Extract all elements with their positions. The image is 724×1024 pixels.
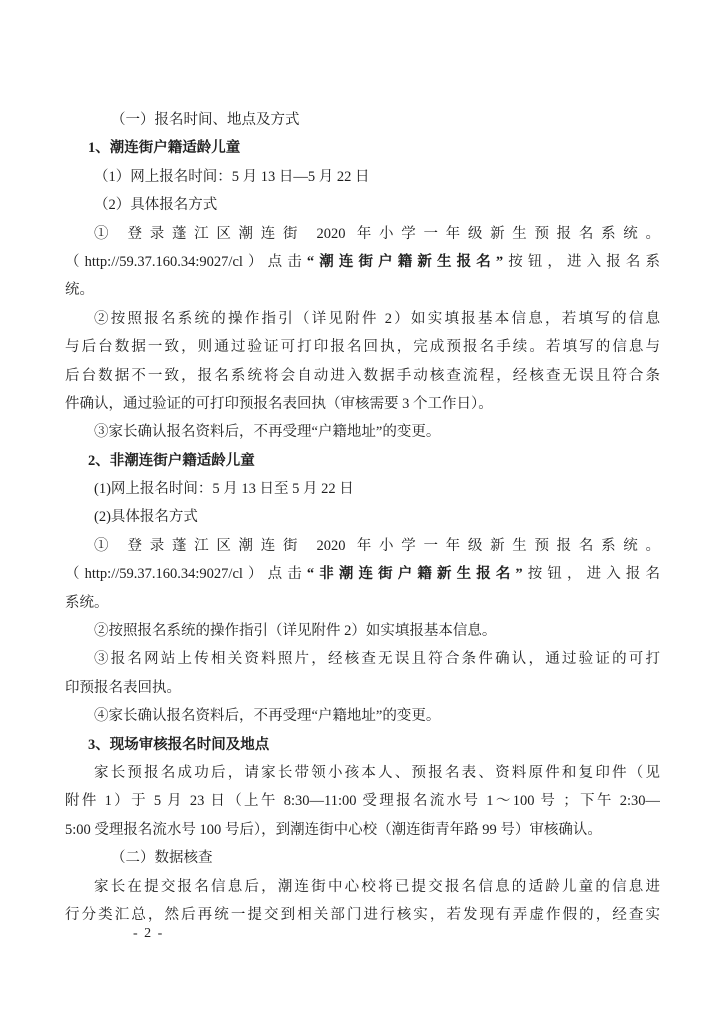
paragraph: 家长预报名成功后，请家长带领小孩本人、预报名表、资料原件和复印件（见附件 1）于…	[65, 759, 660, 844]
text-line: ③报名网站上传相关资料照片，经核查无误且符合条件确认，通过验证的可打	[65, 645, 660, 673]
text-line: （http://59.37.160.34:9027/cl）点击“非潮连街户籍新生…	[65, 560, 660, 588]
paragraph: 2、非潮连街户籍适龄儿童	[65, 447, 660, 475]
paragraph: ① 登录蓬江区潮连街 2020 年小学一年级新生预报名系统。（http://59…	[65, 220, 660, 305]
text-line: 统。	[65, 276, 660, 304]
text-segment: 统。	[65, 282, 94, 298]
text-segment: ④家长确认报名资料后，不再受理“户籍地址”的变更。	[94, 708, 440, 724]
text-line: 家长预报名成功后，请家长带领小孩本人、预报名表、资料原件和复印件（见	[65, 759, 660, 787]
text-segment: 件确认，通过验证的可打印预报名表回执（审核需要 3 个工作日）。	[65, 396, 493, 412]
text-segment: ① 登录蓬江区潮连街 2020 年小学一年级新生预报名系统。	[94, 226, 660, 242]
paragraph: ②按照报名系统的操作指引（详见附件 2）如实填报基本信息。	[65, 617, 660, 645]
text-line: （http://59.37.160.34:9027/cl）点击“潮连街户籍新生报…	[65, 248, 660, 276]
text-line: 后台数据不一致，报名系统将会自动进入数据手动核查流程，经核查无误且符合条	[65, 362, 660, 390]
text-line: 2、非潮连街户籍适龄儿童	[65, 447, 660, 475]
text-line: ④家长确认报名资料后，不再受理“户籍地址”的变更。	[65, 702, 660, 730]
bold-text-segment: 3、现场审核报名时间及地点	[88, 737, 269, 753]
paragraph: ④家长确认报名资料后，不再受理“户籍地址”的变更。	[65, 702, 660, 730]
text-line: （二）数据核查	[65, 844, 660, 872]
text-line: ②按照报名系统的操作指引（详见附件 2）如实填报基本信息，若填写的信息	[65, 305, 660, 333]
paragraph: （一）报名时间、地点及方式	[65, 106, 660, 134]
text-segment: （1）网上报名时间：5 月 13 日—5 月 22 日	[94, 169, 370, 185]
text-segment: ① 登录蓬江区潮连街 2020 年小学一年级新生预报名系统。	[94, 538, 660, 554]
text-segment: 系统。	[65, 595, 109, 611]
text-segment: 家长预报名成功后，请家长带领小孩本人、预报名表、资料原件和复印件（见	[94, 765, 660, 781]
text-segment: （2）具体报名方式	[94, 197, 217, 213]
text-line: 印预报名表回执。	[65, 674, 660, 702]
text-line: 附件 1）于 5 月 23 日（上午 8:30—11:00 受理报名流水号 1～…	[65, 787, 660, 815]
text-segment: 按钮，进入报名系	[503, 254, 660, 270]
text-segment: ③家长确认报名资料后，不再受理“户籍地址”的变更。	[94, 424, 440, 440]
text-segment: 附件 1）于 5 月 23 日（上午 8:30—11:00 受理报名流水号 1～…	[65, 793, 660, 809]
paragraph: （1）网上报名时间：5 月 13 日—5 月 22 日	[65, 163, 660, 191]
paragraph: ③家长确认报名资料后，不再受理“户籍地址”的变更。	[65, 418, 660, 446]
text-line: ① 登录蓬江区潮连街 2020 年小学一年级新生预报名系统。	[65, 220, 660, 248]
text-line: 5:00 受理报名流水号 100 号后），到潮连街中心校（潮连街青年路 99 号…	[65, 816, 660, 844]
text-line: （1）网上报名时间：5 月 13 日—5 月 22 日	[65, 163, 660, 191]
text-line: (2)具体报名方式	[65, 503, 660, 531]
text-line: 家长在提交报名信息后，潮连街中心校将已提交报名信息的适龄儿童的信息进	[65, 873, 660, 901]
text-segment: 5:00 受理报名流水号 100 号后），到潮连街中心校（潮连街青年路 99 号…	[65, 822, 602, 838]
text-segment: (2)具体报名方式	[94, 509, 198, 525]
text-line: 3、现场审核报名时间及地点	[65, 731, 660, 759]
text-line: (1)网上报名时间：5 月 13 日至 5 月 22 日	[65, 475, 660, 503]
text-segment: 家长在提交报名信息后，潮连街中心校将已提交报名信息的适龄儿童的信息进	[94, 879, 660, 895]
document-body: （一）报名时间、地点及方式1、潮连街户籍适龄儿童（1）网上报名时间：5 月 13…	[65, 106, 660, 929]
bold-text-segment: “非潮连街户籍新生报名”	[307, 566, 523, 582]
text-segment: 按钮，进入报名	[523, 566, 660, 582]
text-segment: （一）报名时间、地点及方式	[111, 112, 300, 128]
bold-text-segment: 1、潮连街户籍适龄儿童	[88, 140, 240, 156]
text-line: 与后台数据一致，则通过验证可打印报名回执，完成预报名手续。若填写的信息与	[65, 333, 660, 361]
paragraph: （2）具体报名方式	[65, 191, 660, 219]
paragraph: ① 登录蓬江区潮连街 2020 年小学一年级新生预报名系统。（http://59…	[65, 532, 660, 617]
text-line: （2）具体报名方式	[65, 191, 660, 219]
text-segment: ②按照报名系统的操作指引（详见附件 2）如实填报基本信息。	[94, 623, 496, 639]
paragraph: (1)网上报名时间：5 月 13 日至 5 月 22 日	[65, 475, 660, 503]
document-page: （一）报名时间、地点及方式1、潮连街户籍适龄儿童（1）网上报名时间：5 月 13…	[0, 0, 724, 1024]
paragraph: ②按照报名系统的操作指引（详见附件 2）如实填报基本信息，若填写的信息与后台数据…	[65, 305, 660, 419]
text-segment: 与后台数据一致，则通过验证可打印报名回执，完成预报名手续。若填写的信息与	[65, 339, 660, 355]
text-segment: (1)网上报名时间：5 月 13 日至 5 月 22 日	[94, 481, 354, 497]
text-line: 系统。	[65, 589, 660, 617]
bold-text-segment: “潮连街户籍新生报名”	[307, 254, 503, 270]
paragraph: 3、现场审核报名时间及地点	[65, 731, 660, 759]
text-segment: 后台数据不一致，报名系统将会自动进入数据手动核查流程，经核查无误且符合条	[65, 368, 660, 384]
bold-text-segment: 2、非潮连街户籍适龄儿童	[88, 453, 255, 469]
text-line: ① 登录蓬江区潮连街 2020 年小学一年级新生预报名系统。	[65, 532, 660, 560]
text-segment: ②按照报名系统的操作指引（详见附件 2）如实填报基本信息，若填写的信息	[94, 311, 660, 327]
text-segment: ③报名网站上传相关资料照片，经核查无误且符合条件确认，通过验证的可打	[94, 651, 660, 667]
text-line: 件确认，通过验证的可打印预报名表回执（审核需要 3 个工作日）。	[65, 390, 660, 418]
text-segment: （http://59.37.160.34:9027/cl）点击	[65, 254, 307, 270]
page-number: - 2 -	[133, 920, 164, 948]
paragraph: (2)具体报名方式	[65, 503, 660, 531]
text-line: ②按照报名系统的操作指引（详见附件 2）如实填报基本信息。	[65, 617, 660, 645]
paragraph: 1、潮连街户籍适龄儿童	[65, 134, 660, 162]
paragraph: ③报名网站上传相关资料照片，经核查无误且符合条件确认，通过验证的可打印预报名表回…	[65, 645, 660, 702]
text-segment: （二）数据核查	[111, 850, 213, 866]
paragraph: （二）数据核查	[65, 844, 660, 872]
text-line: （一）报名时间、地点及方式	[65, 106, 660, 134]
text-line: ③家长确认报名资料后，不再受理“户籍地址”的变更。	[65, 418, 660, 446]
text-segment: （http://59.37.160.34:9027/cl）点击	[65, 566, 307, 582]
text-line: 1、潮连街户籍适龄儿童	[65, 134, 660, 162]
text-segment: 印预报名表回执。	[65, 680, 181, 696]
